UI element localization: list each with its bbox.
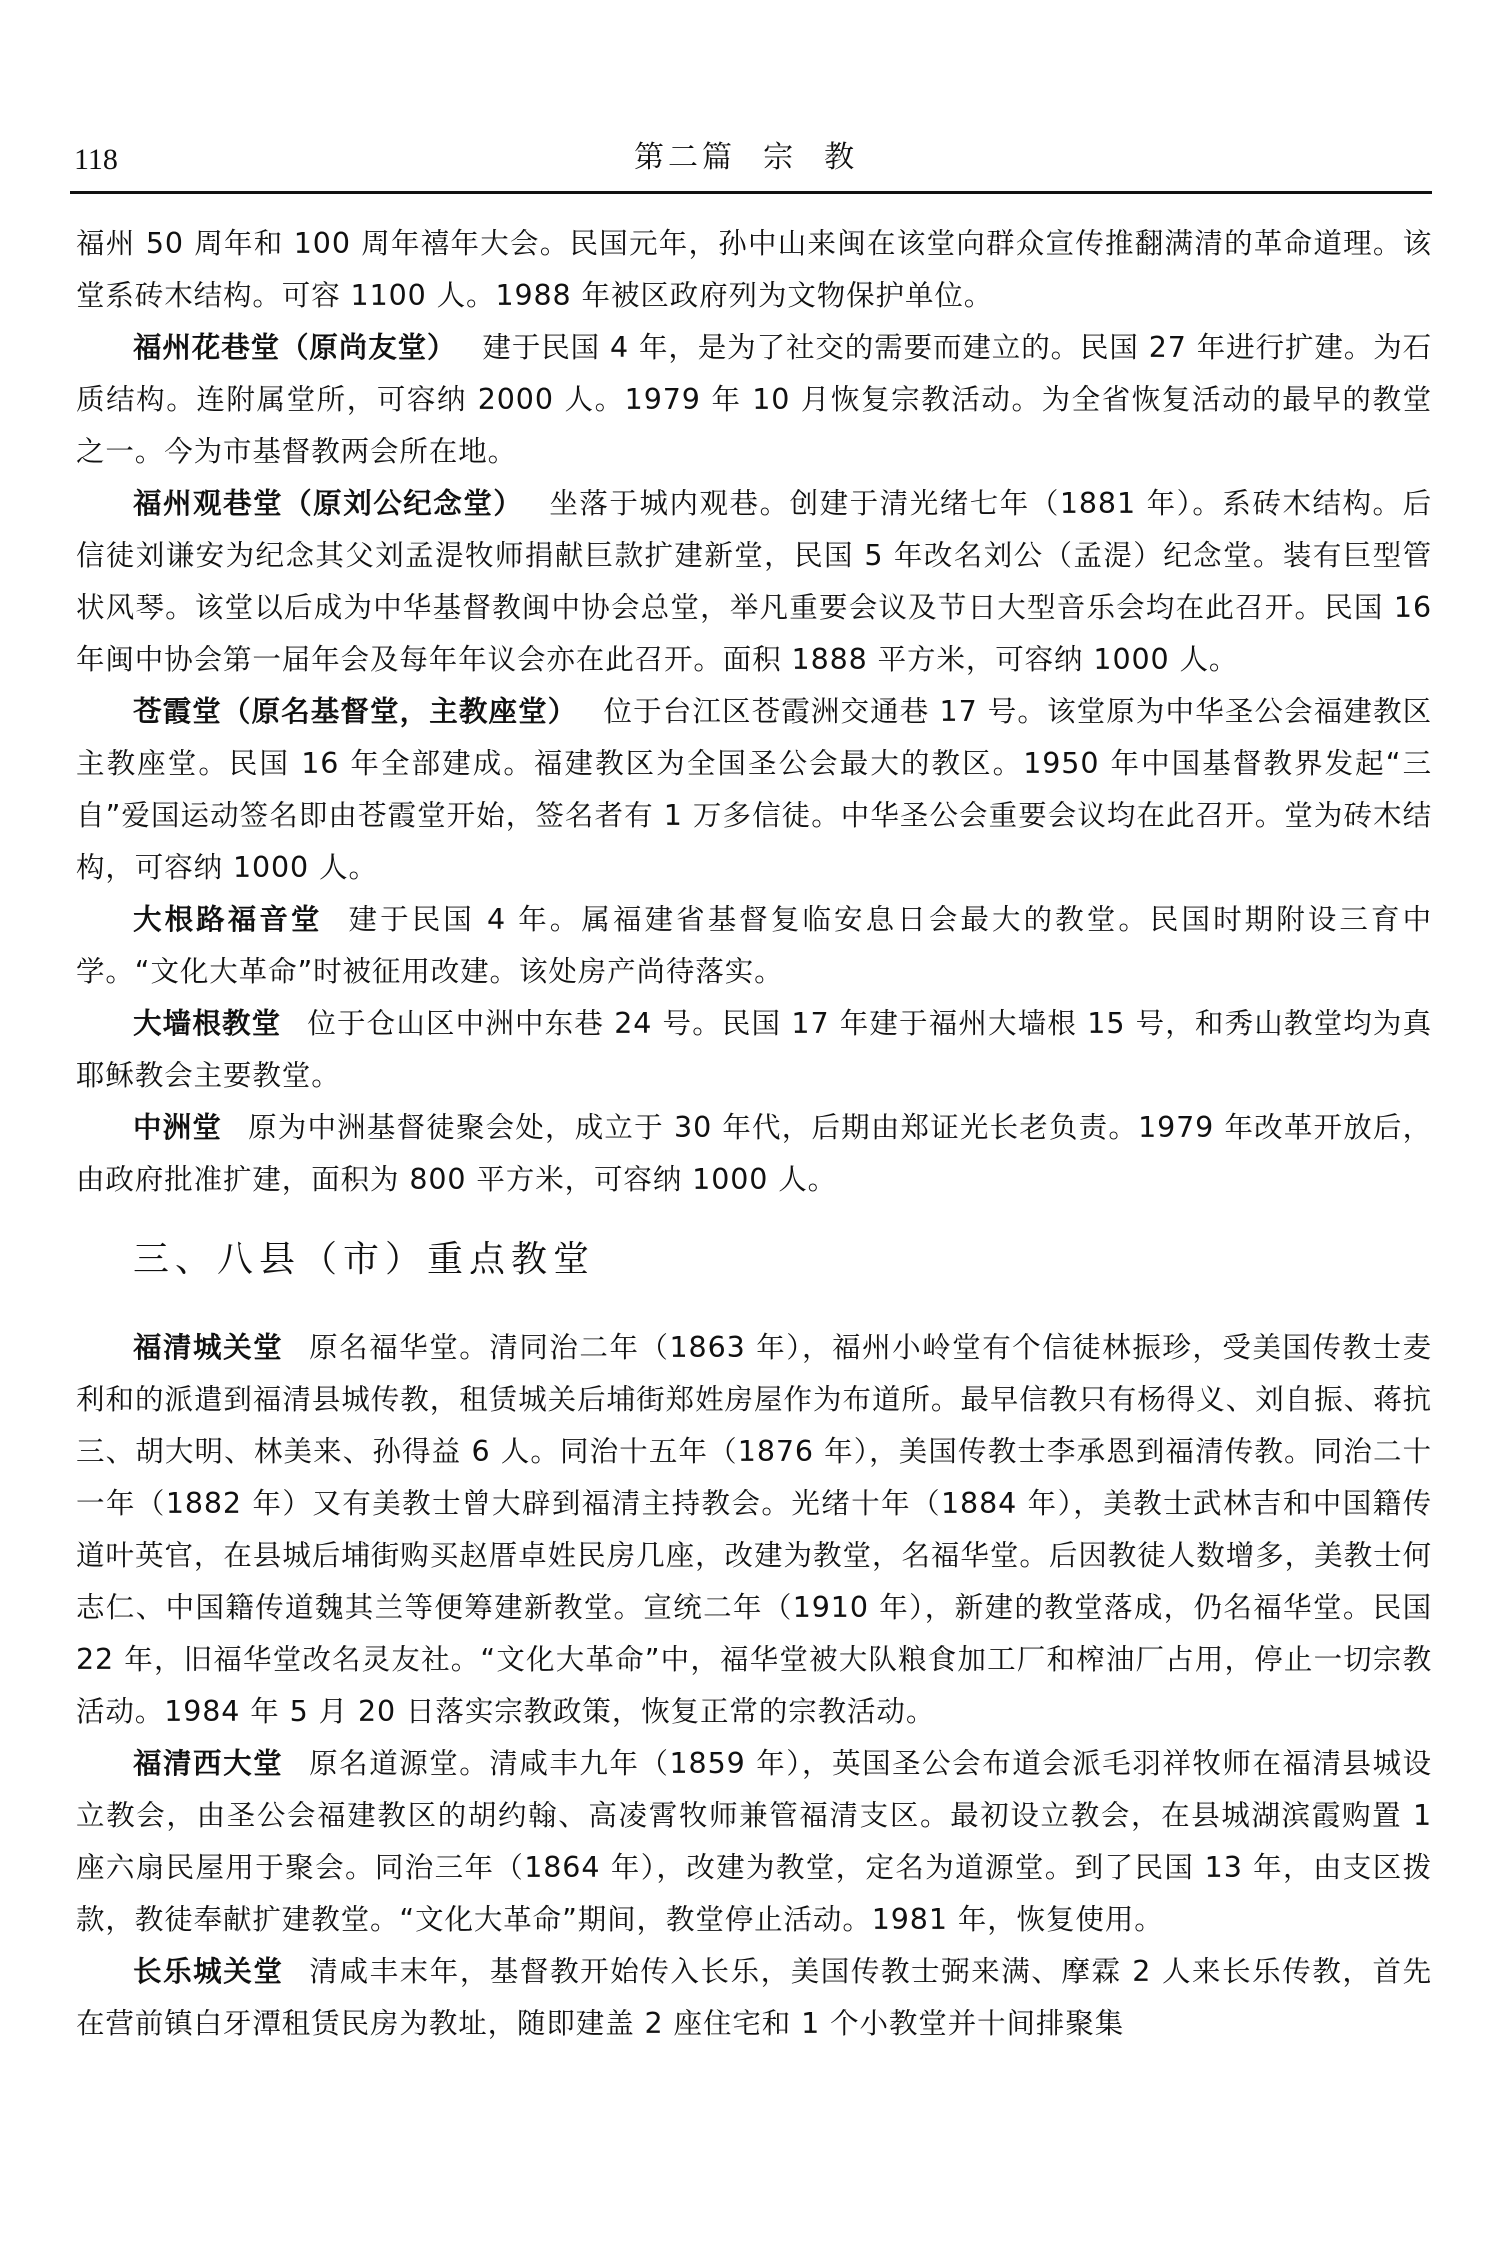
entry-fuqing-chengguan-church: 福清城关堂原名福华堂。清同治二年（1863 年），福州小岭堂有个信徒林振珍，受美… bbox=[76, 1322, 1432, 1738]
page-header: 118 第二篇 宗 教 bbox=[74, 138, 1430, 188]
entry-title: 福州花巷堂（原尚友堂） bbox=[133, 331, 456, 364]
entry-zhongzhou-church: 中洲堂原为中洲基督徒聚会处，成立于 30 年代，后期由郑证光长老负责。1979 … bbox=[76, 1102, 1432, 1206]
paragraph-continuation: 福州 50 周年和 100 周年禧年大会。民国元年，孙中山来闽在该堂向群众宣传推… bbox=[76, 218, 1432, 322]
entry-title: 苍霞堂（原名基督堂，主教座堂） bbox=[133, 695, 577, 728]
entry-cangxia-church: 苍霞堂（原名基督堂，主教座堂）位于台江区苍霞洲交通巷 17 号。该堂原为中华圣公… bbox=[76, 686, 1432, 894]
entry-changle-chengguan-church: 长乐城关堂清咸丰末年，基督教开始传入长乐，美国传教士弼来满、摩霖 2 人来长乐传… bbox=[76, 1946, 1432, 2050]
entry-title: 大墙根教堂 bbox=[133, 1007, 281, 1040]
entry-text: 原名福华堂。清同治二年（1863 年），福州小岭堂有个信徒林振珍，受美国传教士麦… bbox=[76, 1331, 1432, 1728]
section-heading: 三、八县（市）重点教堂 bbox=[133, 1234, 1432, 1286]
paragraph-text: 福州 50 周年和 100 周年禧年大会。民国元年，孙中山来闽在该堂向群众宣传推… bbox=[76, 227, 1432, 312]
entry-daqianggen-church: 大墙根教堂位于仓山区中洲中东巷 24 号。民国 17 年建于福州大墙根 15 号… bbox=[76, 998, 1432, 1102]
entry-title: 福清城关堂 bbox=[133, 1331, 283, 1364]
entry-title: 大根路福音堂 bbox=[133, 903, 323, 936]
entry-title: 长乐城关堂 bbox=[133, 1955, 283, 1988]
entry-title: 福州观巷堂（原刘公纪念堂） bbox=[133, 487, 523, 520]
entry-text: 原为中洲基督徒聚会处，成立于 30 年代，后期由郑证光长老负责。1979 年改革… bbox=[76, 1111, 1432, 1196]
entry-fuqing-xida-church: 福清西大堂原名道源堂。清咸丰九年（1859 年），英国圣公会布道会派毛羽祥牧师在… bbox=[76, 1738, 1432, 1946]
entry-dagenlu-church: 大根路福音堂建于民国 4 年。属福建省基督复临安息日会最大的教堂。民国时期附设三… bbox=[76, 894, 1432, 998]
entry-guanxiang-church: 福州观巷堂（原刘公纪念堂）坐落于城内观巷。创建于清光绪七年（1881 年）。系砖… bbox=[76, 478, 1432, 686]
running-title: 第二篇 宗 教 bbox=[634, 138, 858, 178]
entry-title: 福清西大堂 bbox=[133, 1747, 283, 1780]
page-body: 福州 50 周年和 100 周年禧年大会。民国元年，孙中山来闽在该堂向群众宣传推… bbox=[76, 218, 1432, 2050]
header-rule bbox=[70, 191, 1432, 194]
entry-title: 中洲堂 bbox=[133, 1111, 222, 1144]
page-number: 118 bbox=[74, 142, 118, 178]
entry-huaxiang-church: 福州花巷堂（原尚友堂）建于民国 4 年，是为了社交的需要而建立的。民国 27 年… bbox=[76, 322, 1432, 478]
